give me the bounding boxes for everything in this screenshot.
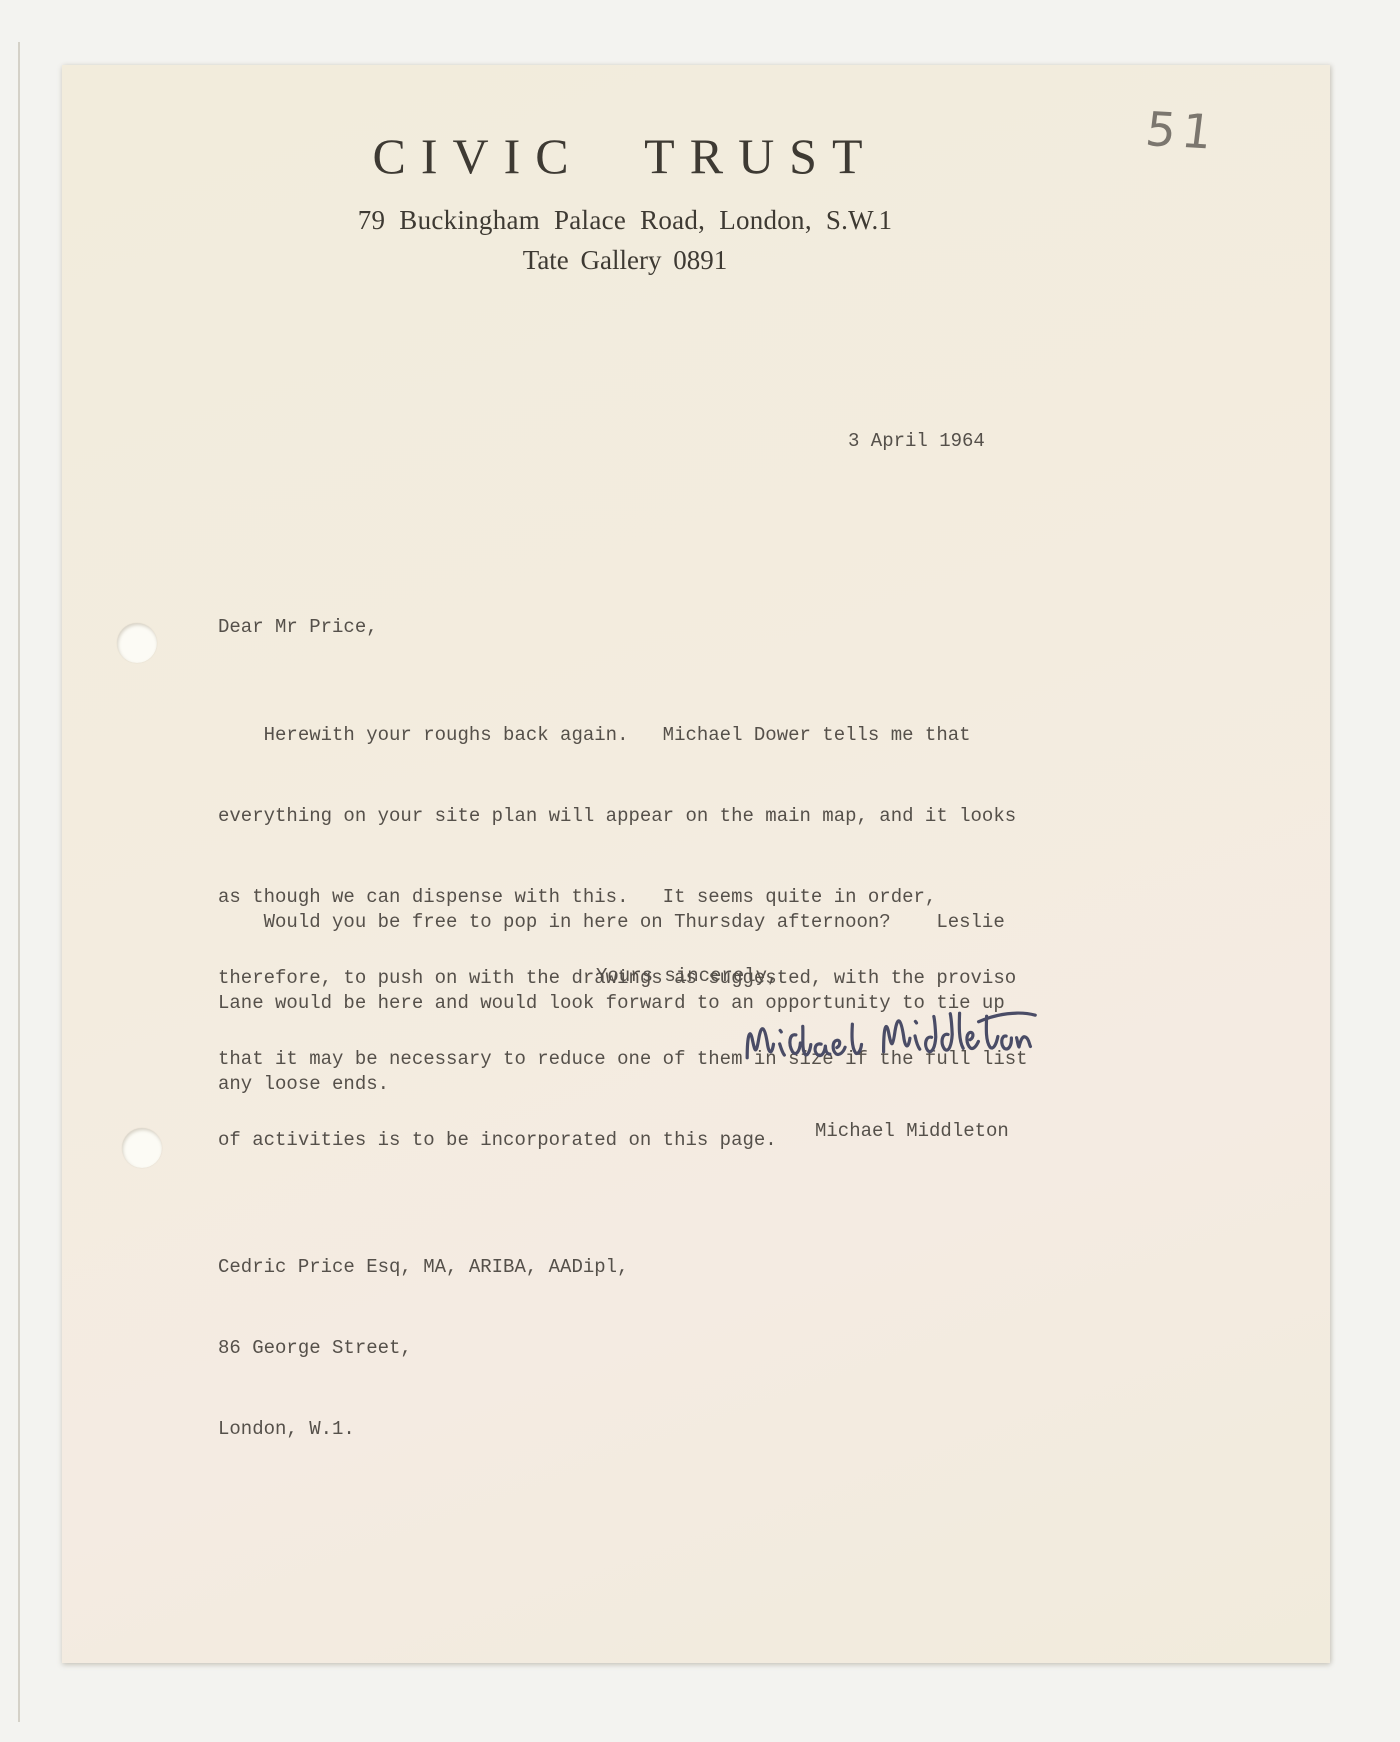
closing-salutation: Yours sincerely, [596, 963, 778, 990]
recipient-address: Cedric Price Esq, MA, ARIBA, AADipl, 86 … [218, 1200, 628, 1497]
typed-signature-name: Michael Middleton [815, 1118, 1009, 1145]
scan-canvas: CIVIC TRUST 79 Buckingham Palace Road, L… [0, 0, 1400, 1742]
letter-date: 3 April 1964 [848, 428, 985, 455]
punch-hole-bottom [122, 1128, 162, 1168]
recipient-line: London, W.1. [218, 1416, 628, 1443]
paragraph-line: Would you be free to pop in here on Thur… [218, 909, 1005, 936]
paragraph-line: Herewith your roughs back again. Michael… [218, 722, 1028, 749]
catalog-number-annotation: 51 [1143, 102, 1221, 160]
recipient-line: Cedric Price Esq, MA, ARIBA, AADipl, [218, 1254, 628, 1281]
org-address: 79 Buckingham Palace Road, London, S.W.1 [62, 206, 1188, 236]
salutation: Dear Mr Price, [218, 614, 378, 641]
org-phone: Tate Gallery 0891 [62, 246, 1188, 276]
michael-middleton-signature [736, 985, 1039, 1082]
org-name: CIVIC TRUST [62, 131, 1188, 181]
punch-hole-top [117, 623, 157, 663]
signature-ink-strokes [736, 985, 1039, 1082]
paragraph-line: everything on your site plan will appear… [218, 803, 1028, 830]
recipient-line: 86 George Street, [218, 1335, 628, 1362]
scan-edge-line [18, 42, 20, 1722]
